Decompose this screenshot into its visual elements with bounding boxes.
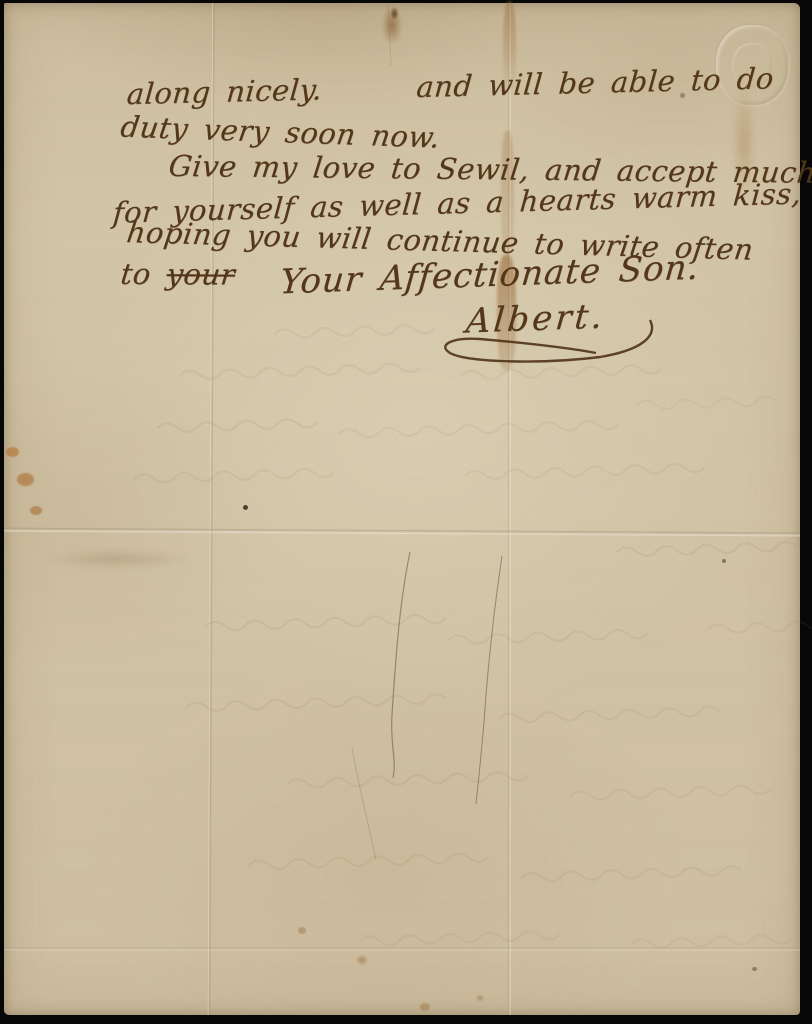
stain [497,255,516,370]
embossed-seal [716,25,788,105]
stain [298,927,306,934]
fold-crease-horizontal-faint [4,947,800,951]
stain [501,131,514,256]
stain [378,0,406,51]
embossed-seal-inner [732,43,772,87]
stain [17,473,34,486]
stain [389,5,400,22]
ink-speck [680,93,685,98]
stain [728,67,760,219]
letter-paper [4,3,800,1015]
ink-speck [243,505,248,510]
fold-crease-vertical-right [508,3,511,1015]
stain [354,953,370,967]
fold-crease-horizontal [4,528,800,537]
stain [420,1003,430,1011]
wrinkle-shadow [42,549,192,569]
paper-aging-texture [4,3,800,1015]
stain [474,993,486,1003]
stain [6,447,19,457]
fold-crease-vertical-left [208,3,215,1015]
stain [503,1,516,96]
ink-speck [722,559,726,563]
scanned-letter-page: along nicely. and will be able to do dut… [0,0,812,1024]
stain [30,506,42,515]
ink-speck [752,967,757,971]
